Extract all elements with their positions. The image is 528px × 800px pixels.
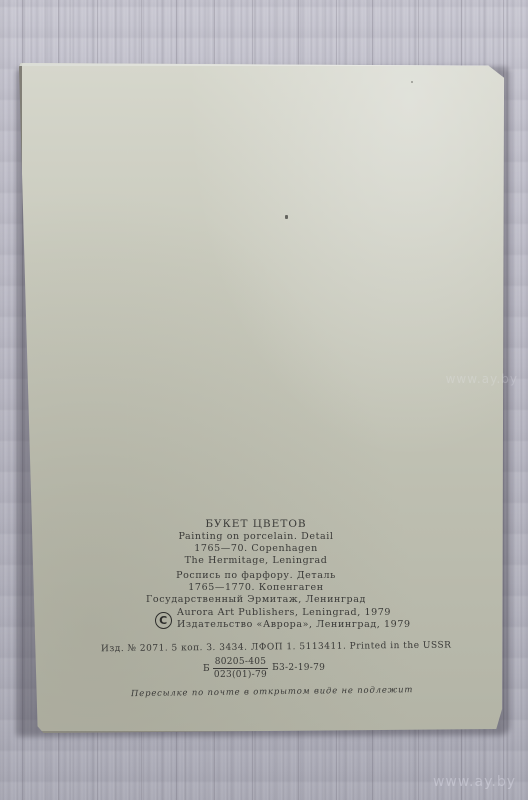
catalog-index: Б 80205-405 023(01)-79 Б3-2-19-79 — [203, 657, 325, 680]
card-title: БУКЕТ ЦВЕТОВ — [81, 518, 431, 530]
index-suffix: Б3-2-19-79 — [272, 663, 325, 673]
postcard: БУКЕТ ЦВЕТОВ Painting on porcelain. Deta… — [19, 63, 507, 733]
copyright-icon: C — [155, 612, 172, 629]
publisher-ru: Издательство «Аврора», Ленинград, 1979 — [177, 619, 499, 631]
postal-note: Пересылке по почте в открытом виде не по… — [131, 685, 431, 699]
index-numerator: 80205-405 — [213, 657, 269, 669]
watermark-bottom: www.ay.by — [433, 774, 516, 790]
caption-en-line-1: Painting on porcelain. Detail — [81, 531, 431, 543]
edition-details: Изд. № 2071. 5 коп. З. 3434. ЛФОП 1. 511… — [101, 640, 521, 655]
dust-speck — [411, 81, 413, 83]
caption-en-line-2: 1765—70. Copenhagen — [81, 543, 431, 555]
russian-caption: Роспись по фарфору. Деталь 1765—1770. Ко… — [81, 570, 431, 606]
index-denominator: 023(01)-79 — [212, 669, 269, 680]
caption-ru-line-1: Роспись по фарфору. Деталь — [81, 570, 431, 582]
publisher-en: Aurora Art Publishers, Leningrad, 1979 — [177, 607, 499, 619]
caption-ru-line-2: 1765—1770. Копенгаген — [81, 582, 431, 594]
index-fraction: 80205-405 023(01)-79 — [212, 657, 269, 680]
index-prefix: Б — [203, 664, 210, 674]
english-caption: БУКЕТ ЦВЕТОВ Painting on porcelain. Deta… — [81, 518, 431, 567]
watermark-side: www.ay.by — [446, 372, 518, 386]
copyright-block: C Aurora Art Publishers, Leningrad, 1979… — [159, 607, 499, 631]
dust-speck — [285, 215, 288, 219]
caption-ru-line-3: Государственный Эрмитаж, Ленинград — [81, 594, 431, 606]
caption-en-line-3: The Hermitage, Leningrad — [81, 555, 431, 567]
